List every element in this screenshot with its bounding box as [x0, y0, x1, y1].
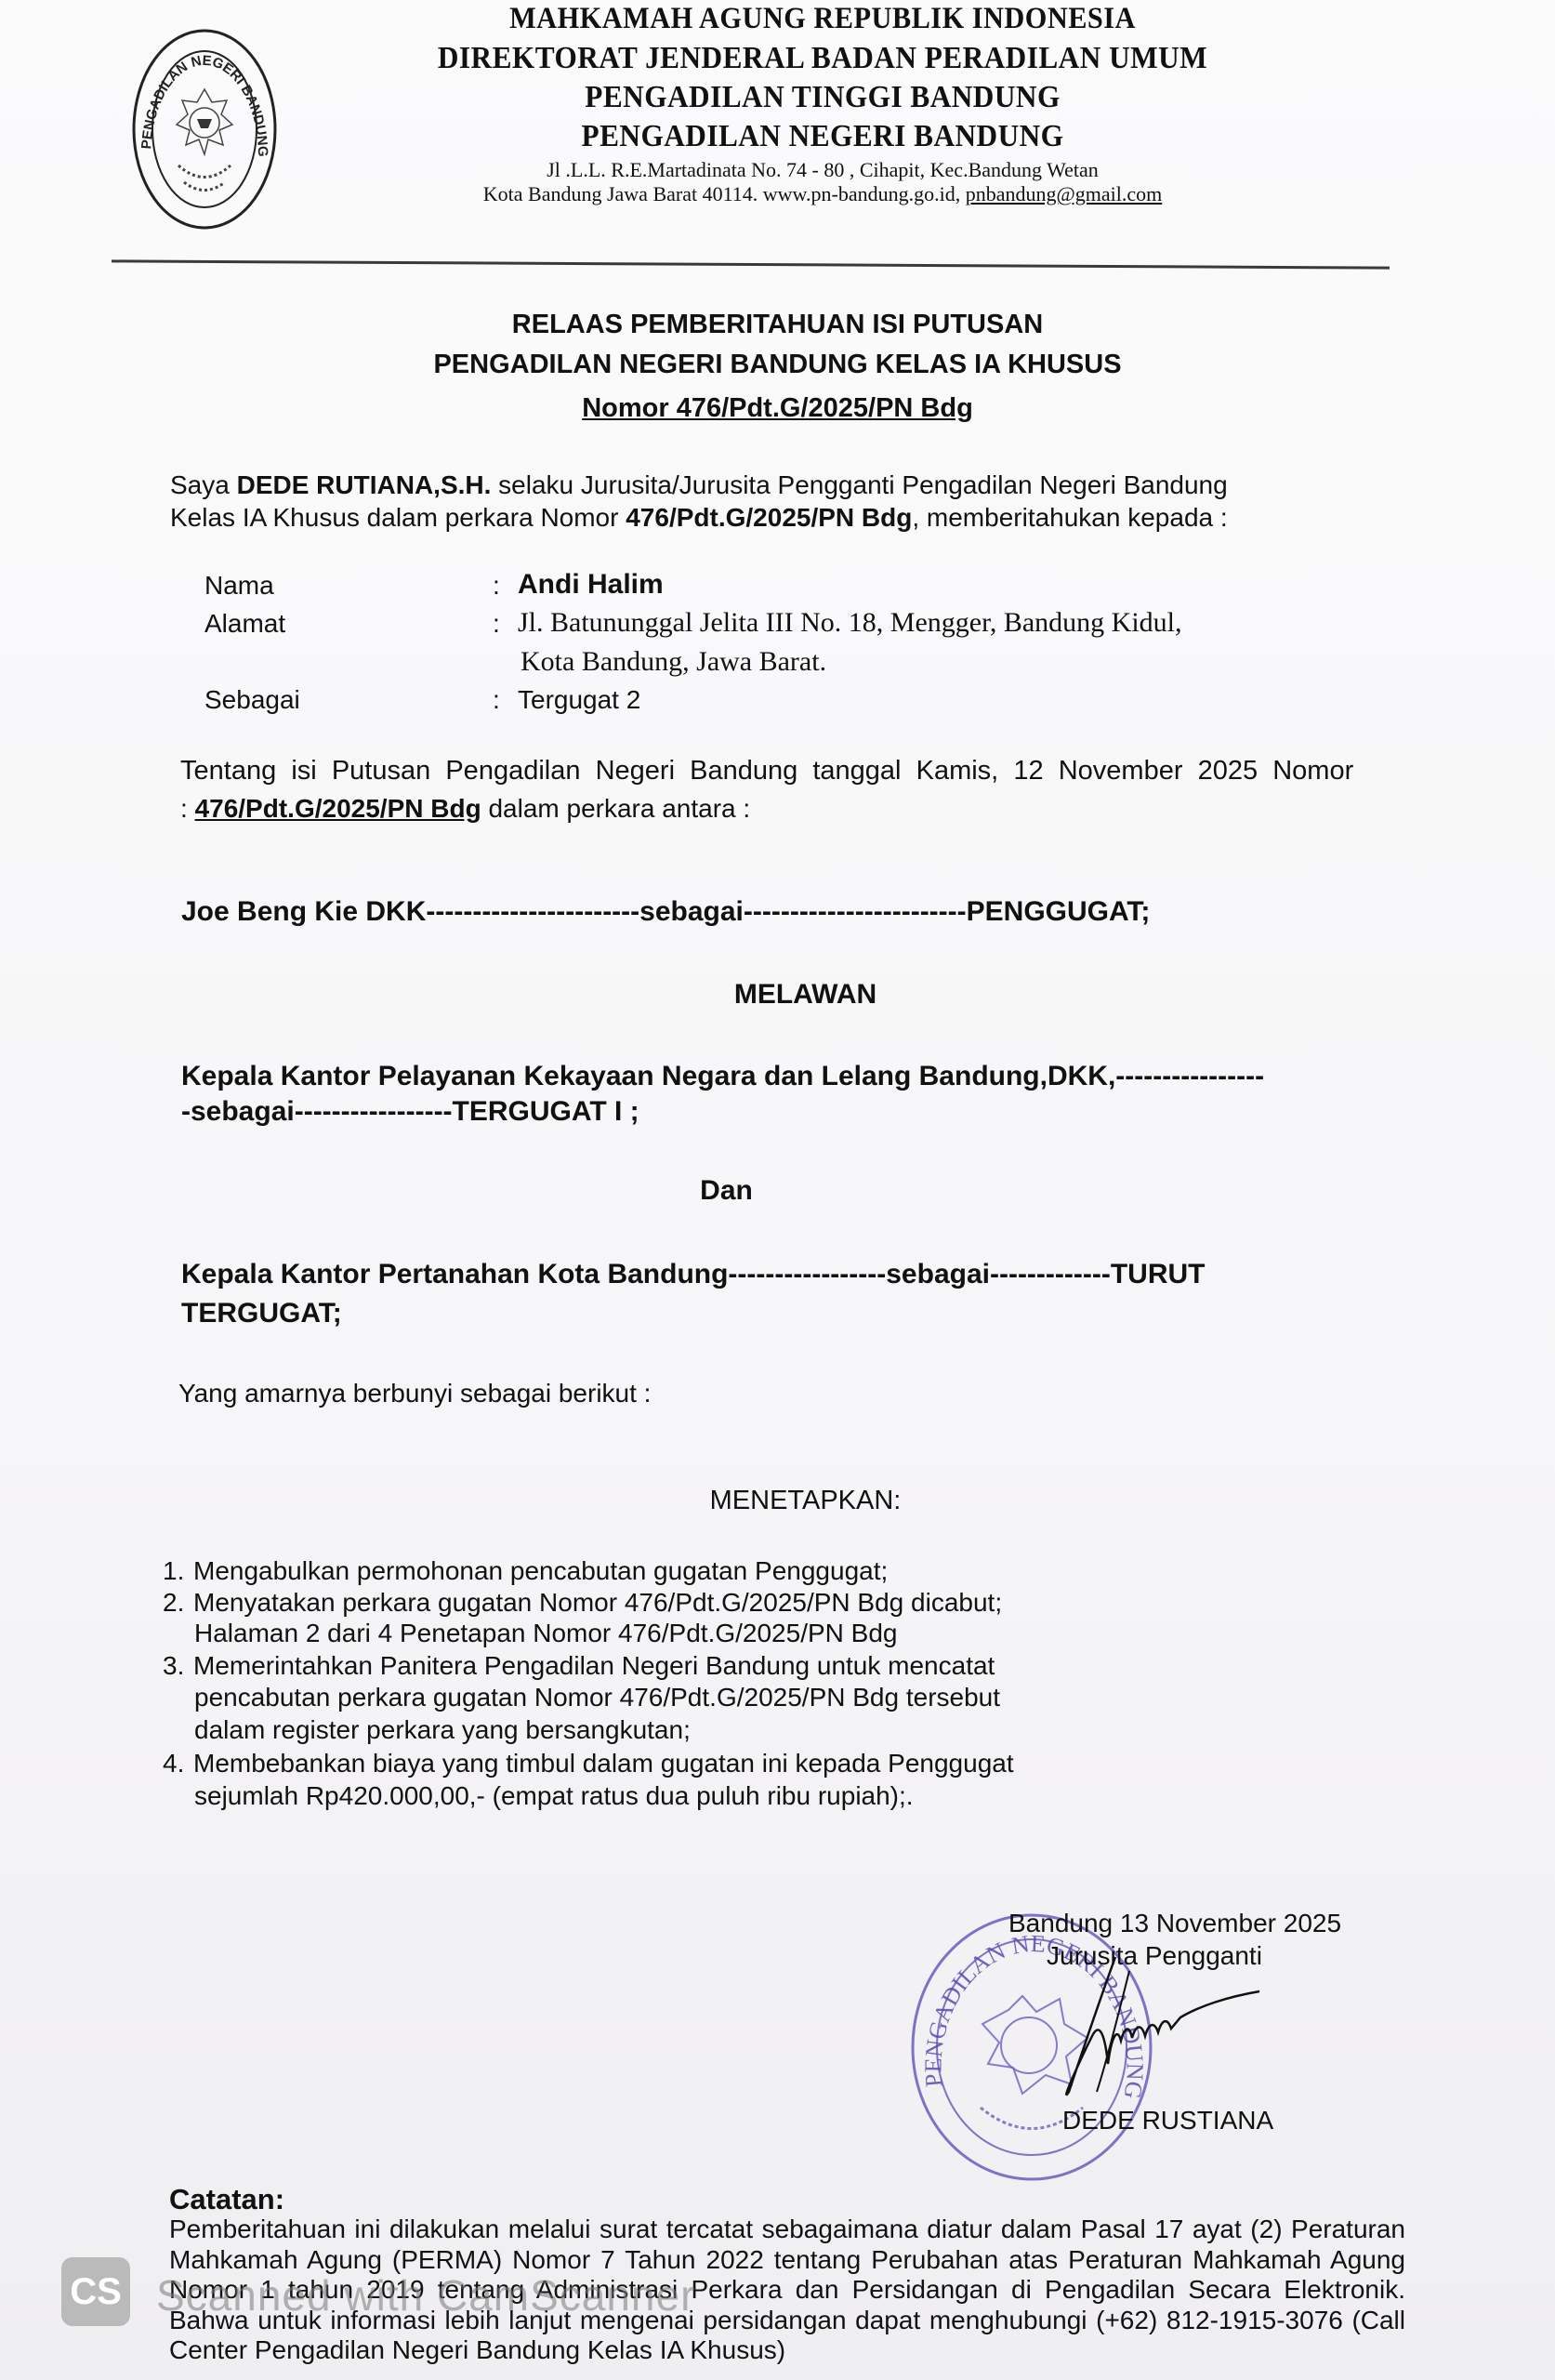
- svg-text:PENGADILAN NEGERI BANDUNG: PENGADILAN NEGERI BANDUNG: [138, 53, 270, 157]
- letterhead-address-2: Kota Bandung Jawa Barat 40114. www.pn-ba…: [335, 182, 1311, 206]
- verdict-heading: MENETAPKAN:: [0, 1486, 1555, 1516]
- defendant-1-line-1: Kepala Kantor Pelayanan Kekayaan Negara …: [181, 1058, 1264, 1095]
- letterhead-line-4: PENGADILAN NEGERI BANDUNG: [374, 119, 1272, 154]
- letterhead-line-2: DIREKTORAT JENDERAL BADAN PERADILAN UMUM: [374, 41, 1272, 76]
- logo-text: PENGADILAN NEGERI BANDUNG: [138, 53, 270, 157]
- verdict-intro: Yang amarnya berbunyi sebagai berikut :: [178, 1376, 651, 1410]
- field-label-nama: Nama: [204, 571, 274, 601]
- field-colon: :: [493, 609, 500, 639]
- versus-heading: MELAWAN: [28, 979, 1555, 1011]
- intro-line-1: Saya DEDE RUTIANA,S.H. selaku Jurusita/J…: [170, 468, 1228, 502]
- court-logo: PENGADILAN NEGERI BANDUNG: [130, 26, 279, 232]
- co-defendant-line-2: TERGUGAT;: [181, 1295, 342, 1332]
- verdict-item-2-cont: Halaman 2 dari 4 Penetapan Nomor 476/Pdt…: [194, 1619, 897, 1648]
- signature-scribble: [1041, 1952, 1283, 2101]
- and-heading: Dan: [0, 1175, 1504, 1207]
- doc-title-line-2: PENGADILAN NEGERI BANDUNG KELAS IA KHUSU…: [0, 350, 1555, 380]
- plaintiff-line: Joe Beng Kie DKK-----------------------s…: [181, 893, 1150, 931]
- verdict-item-3: 3.Memerintahkan Panitera Pengadilan Nege…: [163, 1650, 995, 1682]
- co-defendant-line-1: Kepala Kantor Pertanahan Kota Bandung---…: [181, 1256, 1206, 1293]
- signature-name: DEDE RUSTIANA: [1062, 2106, 1273, 2135]
- doc-number: Nomor 476/Pdt.G/2025/PN Bdg: [0, 393, 1555, 424]
- field-value-sebagai: Tergugat 2: [518, 685, 640, 715]
- letterhead-line-1: MAHKAMAH AGUNG REPUBLIK INDONESIA: [374, 2, 1272, 36]
- verdict-item-2: 2.Menyatakan perkara gugatan Nomor 476/P…: [163, 1587, 1002, 1619]
- tentang-line-2: : 476/Pdt.G/2025/PN Bdg dalam perkara an…: [180, 791, 750, 826]
- letterhead-divider: [112, 259, 1390, 269]
- field-colon: :: [493, 571, 500, 601]
- doc-title-line-1: RELAAS PEMBERITAHUAN ISI PUTUSAN: [0, 310, 1555, 340]
- signature-place-date: Bandung 13 November 2025: [1008, 1909, 1341, 1938]
- field-label-sebagai: Sebagai: [204, 685, 300, 715]
- letterhead-line-3: PENGADILAN TINGGI BANDUNG: [374, 80, 1272, 115]
- field-colon: :: [493, 685, 500, 715]
- verdict-item-4: 4.Membebankan biaya yang timbul dalam gu…: [163, 1748, 1014, 1779]
- email-link[interactable]: pnbandung@gmail.com: [966, 182, 1163, 205]
- field-value-alamat-2: Kota Bandung, Jawa Barat.: [521, 646, 826, 678]
- document-page: PENGADILAN NEGERI BANDUNG MAHKAMAH AGUNG…: [0, 0, 1555, 2380]
- case-number: 476/Pdt.G/2025/PN Bdg: [626, 503, 912, 532]
- tentang-line-1: Tentang isi Putusan Pengadilan Negeri Ba…: [180, 754, 1353, 788]
- verdict-item-4-cont: sejumlah Rp420.000,00,- (empat ratus dua…: [194, 1781, 914, 1811]
- letterhead-address-1: Jl .L.L. R.E.Martadinata No. 74 - 80 , C…: [335, 158, 1311, 182]
- camscanner-watermark: Scanned with CamScanner: [156, 2270, 695, 2320]
- verdict-item-1: 1.Mengabulkan permohonan pencabutan guga…: [163, 1555, 888, 1587]
- field-value-alamat: Jl. Batununggal Jelita III No. 18, Mengg…: [518, 607, 1182, 639]
- verdict-item-3-cont-2: dalam register perkara yang bersangkutan…: [194, 1715, 691, 1745]
- note-title: Catatan:: [169, 2183, 284, 2216]
- intro-line-2: Kelas IA Khusus dalam perkara Nomor 476/…: [170, 500, 1228, 535]
- verdict-item-3-cont-1: pencabutan perkara gugatan Nomor 476/Pdt…: [194, 1683, 1000, 1712]
- tentang-case-number: 476/Pdt.G/2025/PN Bdg: [195, 794, 481, 823]
- field-value-nama: Andi Halim: [518, 569, 664, 601]
- officer-name: DEDE RUTIANA,S.H.: [237, 470, 492, 499]
- field-label-alamat: Alamat: [204, 609, 285, 639]
- defendant-1-line-2: -sebagai-----------------TERGUGAT I ;: [181, 1093, 639, 1130]
- camscanner-logo-icon: CS: [61, 2257, 130, 2326]
- address-city-web: Kota Bandung Jawa Barat 40114. www.pn-ba…: [483, 182, 966, 205]
